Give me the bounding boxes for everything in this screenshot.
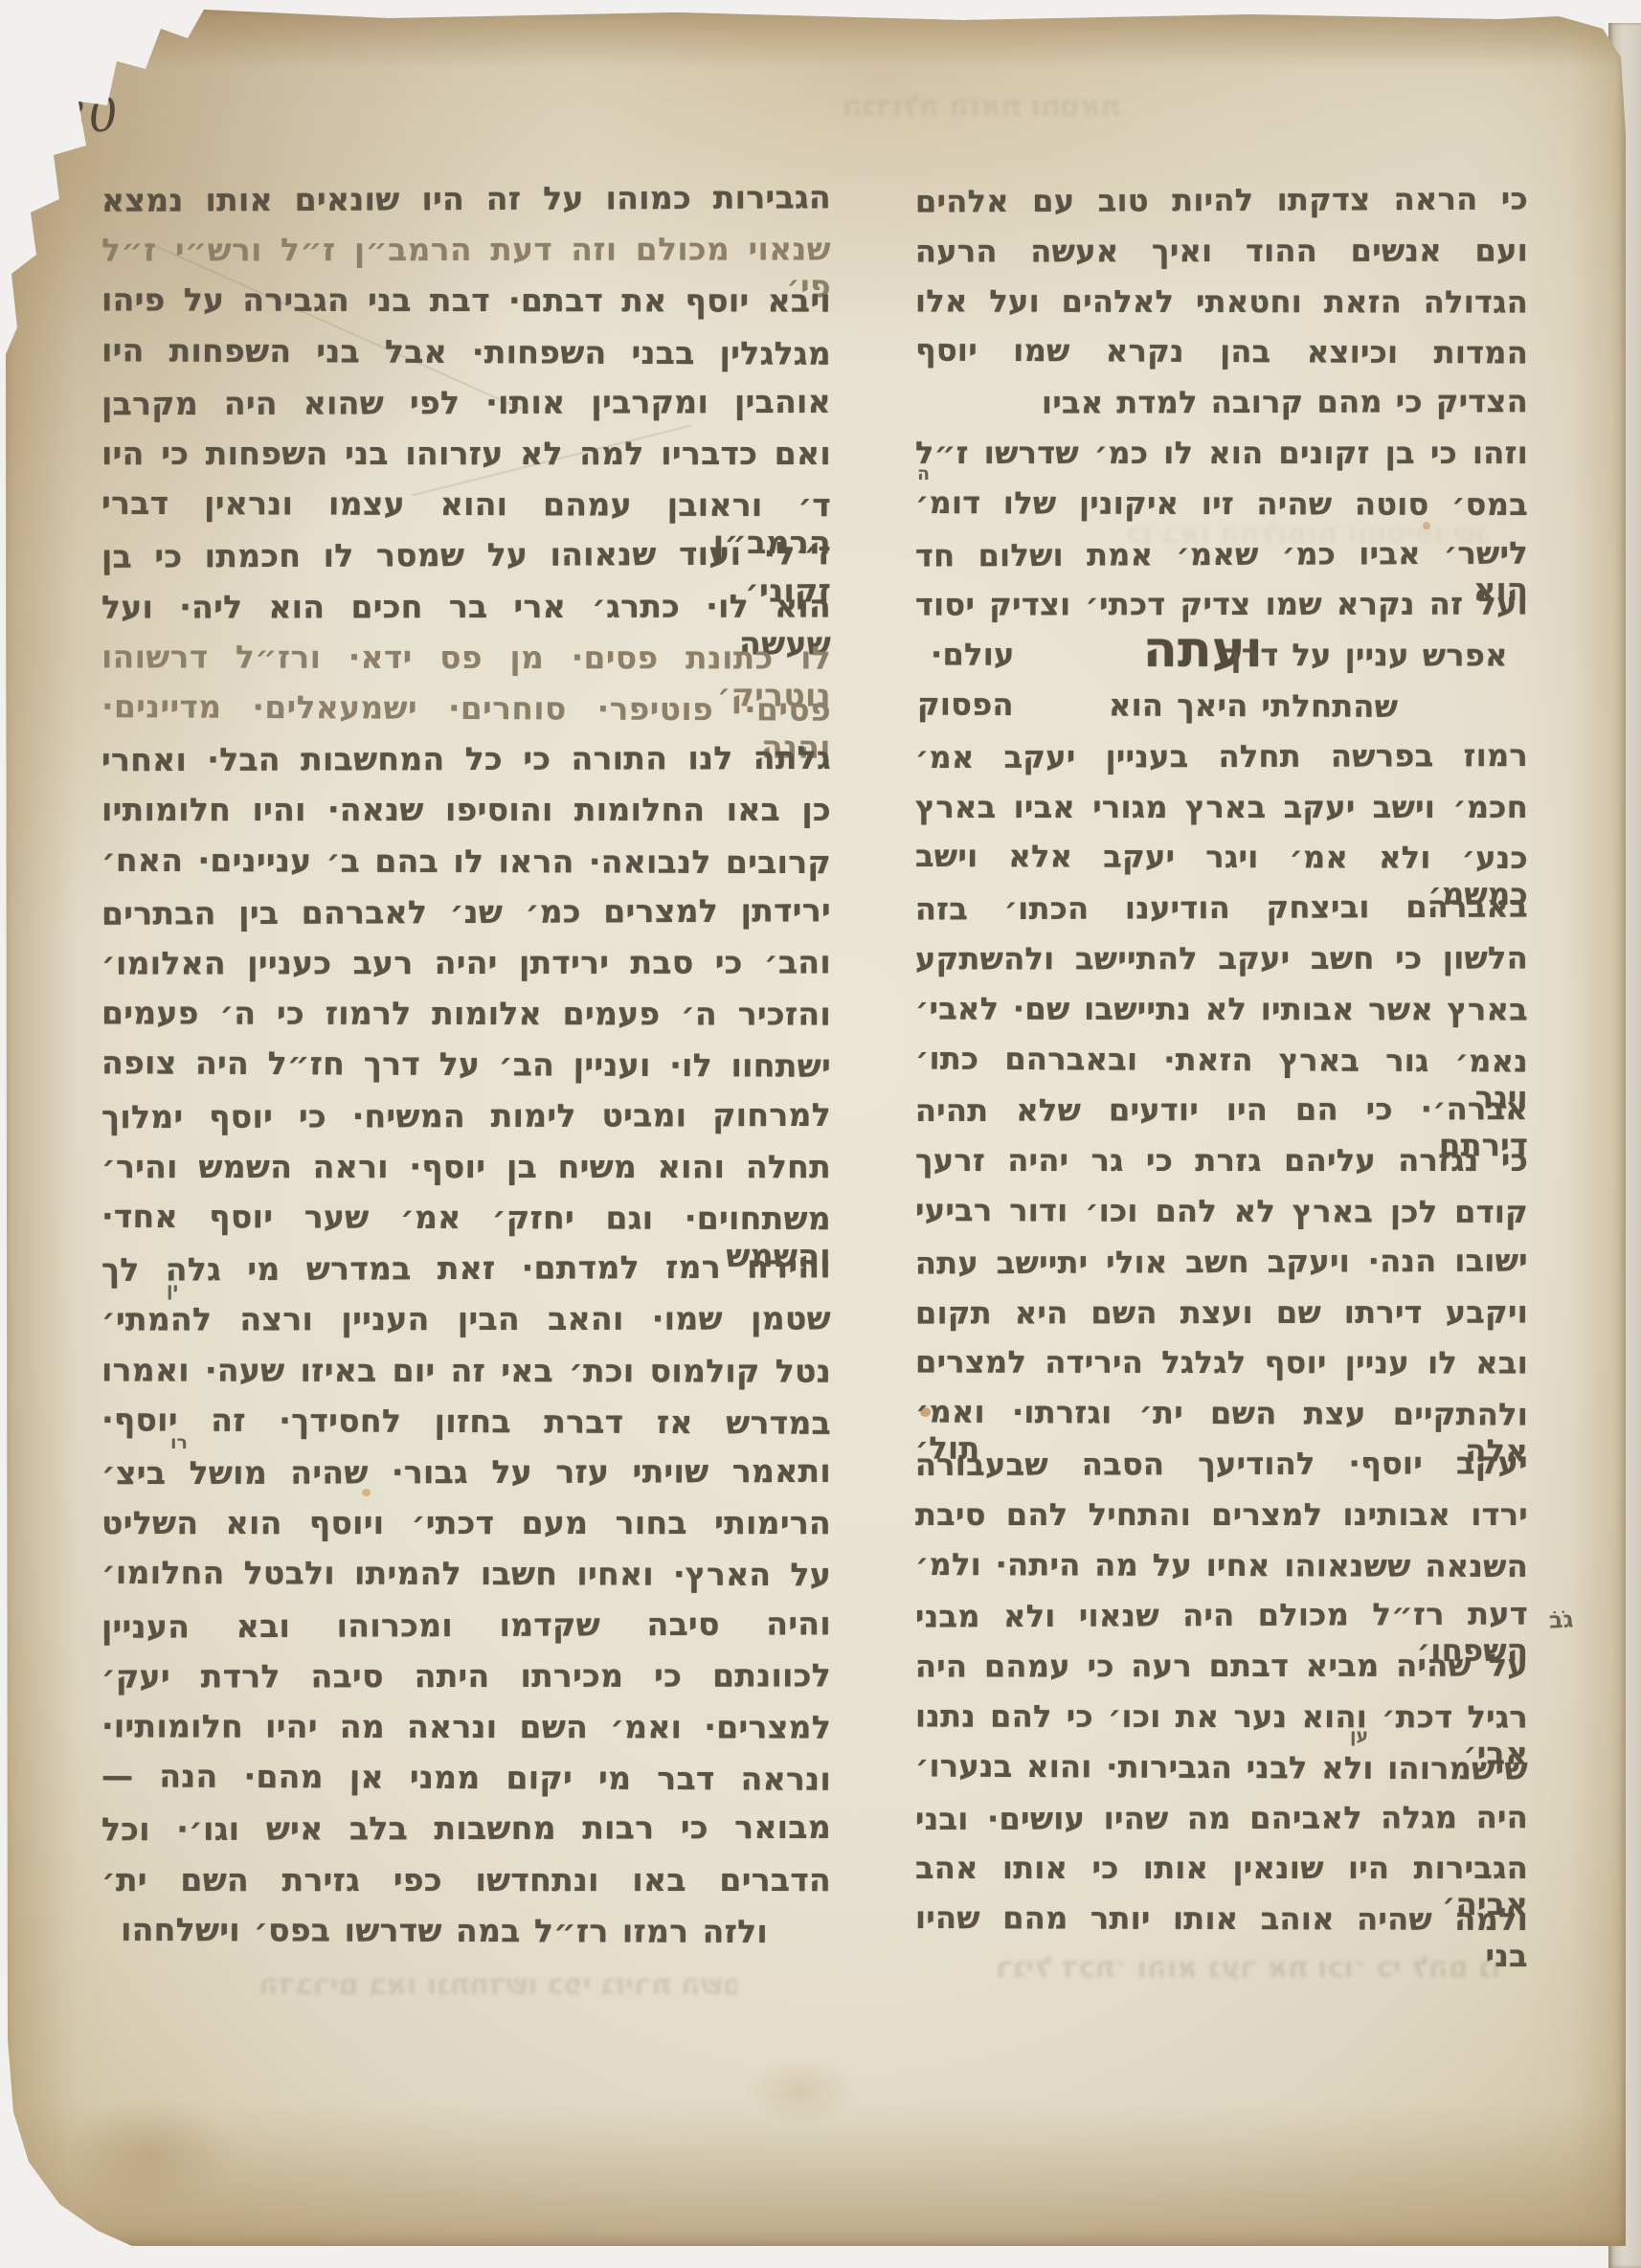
right-column-line-1: כי הראה צדקתו להיות טוב עם אלהים [915,180,1528,234]
left-column-line-2: שנאוי מכולם וזה דעת הרמב״ן ז״ל ורש״י ז״ל… [101,231,831,282]
left-column-line-19: למרחוק ומביט לימות המשיח· כי יוסף ימלוך [101,1095,831,1148]
stain [743,2058,858,2125]
right-column-line-17: בארץ אשר אבותיו לא נתיישבו שם· לאבי׳ [915,990,1528,1042]
right-column-line-15: באברהם וביצחק הודיענו הכתו׳ בזה [915,888,1528,942]
left-column-line-21: משתחוים· וגם יחזק׳ אמ׳ שער יוסף אחד· והש… [101,1198,831,1250]
superscript-correction: רו [170,1432,188,1453]
right-column-line-19: אברה׳· כי הם היו יודעים שלא תהיה דירתם [915,1090,1528,1143]
left-column-line-30: לכוונתם כי מכירתו היתה סיבה לרדת יעק׳ [101,1656,831,1708]
left-column-line-15: ירידתן למצרים כמ׳ שנ׳ לאברהם בין הבתרים [101,891,831,946]
left-column-line-5: אוהבין ומקרבין אותו· לפי שהוא היה מקרבן [101,383,831,436]
right-column-line-11: הפסוקשהתחלתי היאך הוא [915,685,1528,739]
right-column-line-26: יעקב יוסף· להודיעך הסבה שבעבורה [915,1445,1528,1497]
left-column-line-9: הוא לו· כתרג׳ ארי בר חכים הוא ליה· ועל ש… [101,587,831,639]
left-column-line-25: במדרש אז דברת בחזון לחסידך· זה יוסף· [101,1401,831,1455]
bleed-through-line: רגיל דכת׳ והוא נער את וכו׳ כי להם נתנו א… [996,1951,1503,1985]
left-column-line-18: ישתחוו לו· ועניין הב׳ על דרך חז״ל היה צו… [101,1044,831,1099]
right-column-line-3: הגדולה הזאת וחטאתי לאלהים ועל אלו [915,282,1528,334]
right-column-line-31: רגיל דכת׳ והוא נער את וכו׳ כי להם נתנו א… [915,1697,1528,1749]
left-column-line-12: גלתה לנו התורה כי כל המחשבות הבל· ואחרי [101,739,831,792]
right-column-line-35: ולמה שהיה אוהב אותו יותר מהם שהיו בני [915,1899,1528,1952]
left-column-line-28: על הארץ· ואחיו חשבו להמיתו ולבטל החלומו׳ [101,1554,831,1606]
right-column-line-23: ויקבע דירתו שם ועצת השם היא תקום [915,1293,1528,1345]
left-column-line-4: מגלגלין בבני השפחות· אבל בני השפחות היו [101,331,831,386]
right-column-line-12: רמוז בפרשה תחלה בעניין יעקב אמ׳ [915,737,1528,790]
left-column-line-17: והזכיר ה׳ פעמים אלומות לרמוז כי ה׳ פעמים [101,995,831,1046]
right-column-line-13: חכמ׳ וישב יעקב בארץ מגורי אביו בארץ [915,789,1528,840]
left-column-line-23: שטמן שמו· והאב הבין העניין ורצה להמתי׳ [101,1300,831,1352]
right-column-line-6: וזהו כי בן זקונים הוא לו כמ׳ שדרשו ז״ל [915,435,1528,485]
left-column-line-26: ותאמר שויתי עזר על גבור· שהיה מושל ביצ׳ [101,1452,831,1505]
right-column-line-4: המדות וכיוצא בהן נקרא שמו יוסף [915,332,1528,386]
left-column-line-8: ז״ל· ועוד שנאוהו על שמסר לו חכמתו כי בן … [101,535,831,590]
right-column-line-2: ועם אנשים ההוד ואיך אעשה הרעה [915,232,1528,283]
right-column-line-5: הצדיק כי מהם קרובה למדת אביו [915,383,1528,436]
right-column-line-28: השנאה ששנאוהו אחיו על מה היתה· ולמ׳ [915,1546,1528,1599]
superscript-correction: ען [1350,1725,1368,1746]
left-column-line-6: ואם כדבריו למה לא עזרוהו בני השפחות כי ה… [101,435,831,485]
right-column-line-33: היה מגלה לאביהם מה שהיו עושים· ובני [915,1799,1528,1852]
left-column-line-35: ולזה רמזו רז״ל במה שדרשו בפס׳ וישלחהו [101,1911,831,1964]
superscript-correction: ין [167,1279,178,1300]
right-column-line-10: עולם·ועתהאפרש עניין על דרך [915,637,1528,688]
line-fragment: שהתחלתי היאך הוא [1109,686,1398,724]
left-column-line-32: ונראה דבר מי יקום ממני אן מהם· הנה — [101,1757,831,1811]
bleed-through-line: הגדולה הזאת וחטאתי לאלהים ועל אלו [843,90,1120,124]
photograph-background: { "page": { "folio_number": "30", "margi… [0,0,1641,2268]
folio-number: 30 [56,87,123,146]
right-column-line-22: ישובו הנה· ויעקב חשב אולי יתיישב עתה [915,1242,1528,1295]
left-column-line-33: מבואר כי רבות מחשבות בלב איש וגו׳· וכל [101,1808,831,1861]
stain [63,2097,236,2212]
right-column-line-34: הגבירות היו שונאין אותו כי אותו אהב אביה… [915,1850,1528,1900]
right-column-line-29: דעת רז״ל מכולם היה שנאוי ולא מבני השפחו׳ [915,1596,1528,1650]
left-column-line-13: כן באו החלומות והוסיפו שנאה· והיו חלומות… [101,791,831,842]
left-column-line-3: ויבא יוסף את דבתם· דבת בני הגבירה על פיה… [101,281,831,333]
right-column-line-21: קודם לכן בארץ לא להם וכו׳ ודור רביעי [915,1192,1528,1245]
right-column-line-7: במס׳ סוטה שהיה זיו איקונין שלו דומ׳ [915,484,1528,537]
left-column-line-16: והב׳ כי סבת ירידתן יהיה רעב כעניין האלומ… [101,943,831,995]
right-column-line-25: ולהתקיים עצת השם ית׳ וגזרתו· ואמ׳ אלה תו… [915,1394,1528,1448]
left-column-line-31: למצרים· ואמ׳ השם ונראה מה יהיו חלומותיו· [101,1707,831,1759]
left-column-line-20: תחלה והוא משיח בן יוסף· וראה השמש והיר׳ [101,1148,831,1199]
line-fragment: עולם· [931,637,1015,673]
left-column-line-11: פסים· פוטיפר· סוחרים· ישמעאלים· מדיינים·… [101,687,831,742]
right-column-line-27: ירדו אבותינו למצרים והתחיל להם סיבת [915,1496,1528,1547]
right-column-line-8: לישר׳ אביו כמ׳ שאמ׳ אמת ושלום חד הוא [915,534,1528,588]
right-column-line-16: הלשון כי חשב יעקב להתיישב ולהשתקע [915,939,1528,991]
superscript-correction: ה [917,463,930,484]
left-column-line-27: הרימותי בחור מעם דכתי׳ ויוסף הוא השליט [101,1504,831,1555]
left-column-line-22: והירח רמז למדתם· זאת במדרש מי גלה לך [101,1247,831,1302]
right-column-line-20: כי נגזרה עליהם גזרת כי גר יהיה זרעך [915,1142,1528,1193]
left-column-line-1: הגבירות כמוהו על זה היו שונאים אותו נמצא [101,178,831,233]
right-column-line-30: על שהיה מביא דבתם רעה כי עמהם היה [915,1648,1528,1699]
right-column-line-24: ובא לו עניין יוסף לגלגל הירידה למצרים [915,1344,1528,1396]
line-fragment: הפסוק [917,686,1014,723]
marginal-gloss: גֹבֹ [1548,1606,1574,1633]
right-column-line-32: שישמרוהו ולא לבני הגבירות· והוא בנערו׳ [915,1747,1528,1801]
right-column-line-14: כנע׳ ולא אמ׳ ויגר יעקב אלא וישב כמשמ׳ [915,838,1528,890]
left-column-line-7: ד׳ וראובן עמהם והוא עצמו ונראין דברי הרמ… [101,484,831,537]
bleed-through-line: הדברים באו ונתחדשו כפי גזירת השם ית׳ [259,1968,737,2002]
right-column-line-18: נאמ׳ גור בארץ הזאת· ובאברהם כתו׳ ויגר [915,1040,1528,1093]
line-fragment: אפרש עניין על דרך [1224,637,1508,673]
left-column-line-24: נטל קולמוס וכת׳ באי זה יום באיזו שעה· וא… [101,1351,831,1403]
manuscript-page: 30 כי הראה צדקתו להיות טוב עם אלהיםועם א… [6,10,1626,2246]
left-column-line-29: והיה סיבה שקדמו ומכרוהו ובא העניין [101,1605,831,1659]
left-column-line-10: לו כתונת פסים· מן פס ידא· ורז״ל דרשוהו נ… [101,638,831,689]
left-column-line-14: קרובים לנבואה· הראו לו בהם ב׳ עניינים· ה… [101,841,831,893]
left-column-line-34: הדברים באו ונתחדשו כפי גזירת השם ית׳ [101,1861,831,1912]
